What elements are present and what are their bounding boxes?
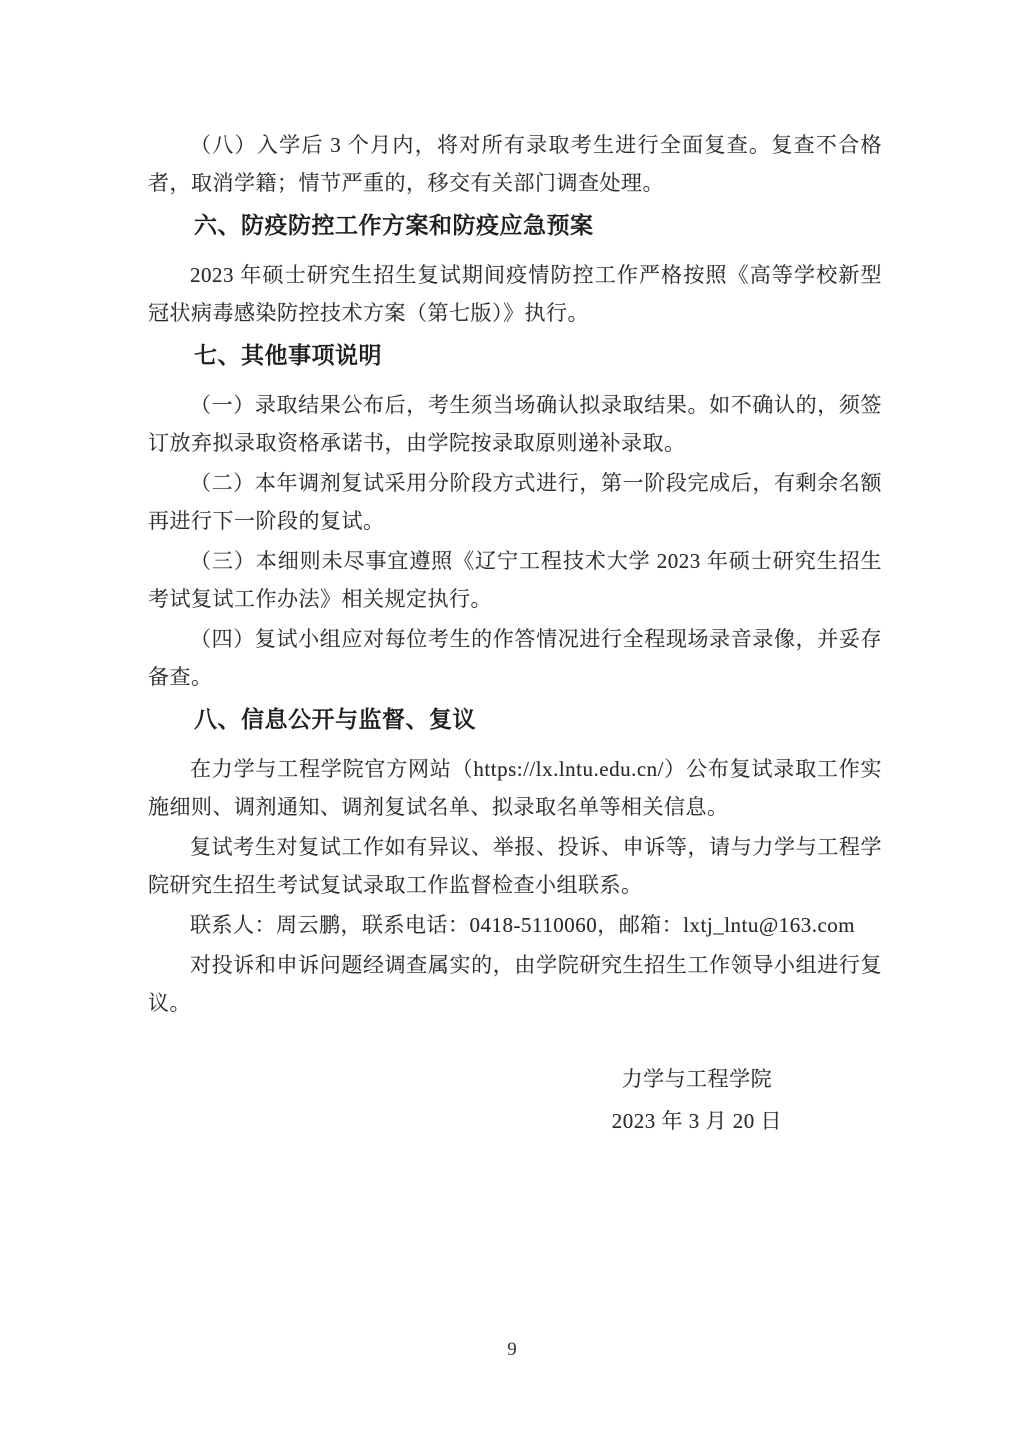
document-body: （八）入学后 3 个月内，将对所有录取考生进行全面复查。复查不合格者，取消学籍；… (148, 124, 882, 1140)
paragraph-contact-info: 联系人：周云鹏，联系电话：0418-5110060，邮箱：lxtj_lntu@1… (148, 906, 882, 944)
section-heading-8: 八、信息公开与监督、复议 (148, 700, 882, 738)
paragraph-epidemic-control: 2023 年硕士研究生招生复试期间疫情防控工作严格按照《高等学校新型冠状病毒感染… (148, 256, 882, 332)
section-heading-7: 七、其他事项说明 (148, 336, 882, 374)
document-page: （八）入学后 3 个月内，将对所有录取考生进行全面复查。复查不合格者，取消学籍；… (0, 0, 1024, 1448)
paragraph-rule-8: （八）入学后 3 个月内，将对所有录取考生进行全面复查。复查不合格者，取消学籍；… (148, 126, 882, 202)
paragraph-info-publish: 在力学与工程学院官方网站（https://lx.lntu.edu.cn/）公布复… (148, 750, 882, 826)
paragraph-supervision: 复试考生对复试工作如有异议、举报、投诉、申诉等，请与力学与工程学院研究生招生考试… (148, 828, 882, 904)
paragraph-other-item-3: （三）本细则未尽事宜遵照《辽宁工程技术大学 2023 年硕士研究生招生考试复试工… (148, 542, 882, 618)
section-heading-6: 六、防疫防控工作方案和防疫应急预案 (148, 206, 882, 244)
signature-date: 2023 年 3 月 20 日 (612, 1102, 782, 1140)
paragraph-other-item-4: （四）复试小组应对每位考生的作答情况进行全程现场录音录像，并妥存备查。 (148, 620, 882, 696)
paragraph-other-item-2: （二）本年调剂复试采用分阶段方式进行，第一阶段完成后，有剩余名额再进行下一阶段的… (148, 464, 882, 540)
page-number: 9 (0, 1338, 1024, 1362)
signature-block: 力学与工程学院 2023 年 3 月 20 日 (612, 1060, 782, 1140)
paragraph-review: 对投诉和申诉问题经调查属实的，由学院研究生招生工作领导小组进行复议。 (148, 946, 882, 1022)
signature-organization: 力学与工程学院 (612, 1060, 782, 1098)
paragraph-other-item-1: （一）录取结果公布后，考生须当场确认拟录取结果。如不确认的，须签订放弃拟录取资格… (148, 386, 882, 462)
